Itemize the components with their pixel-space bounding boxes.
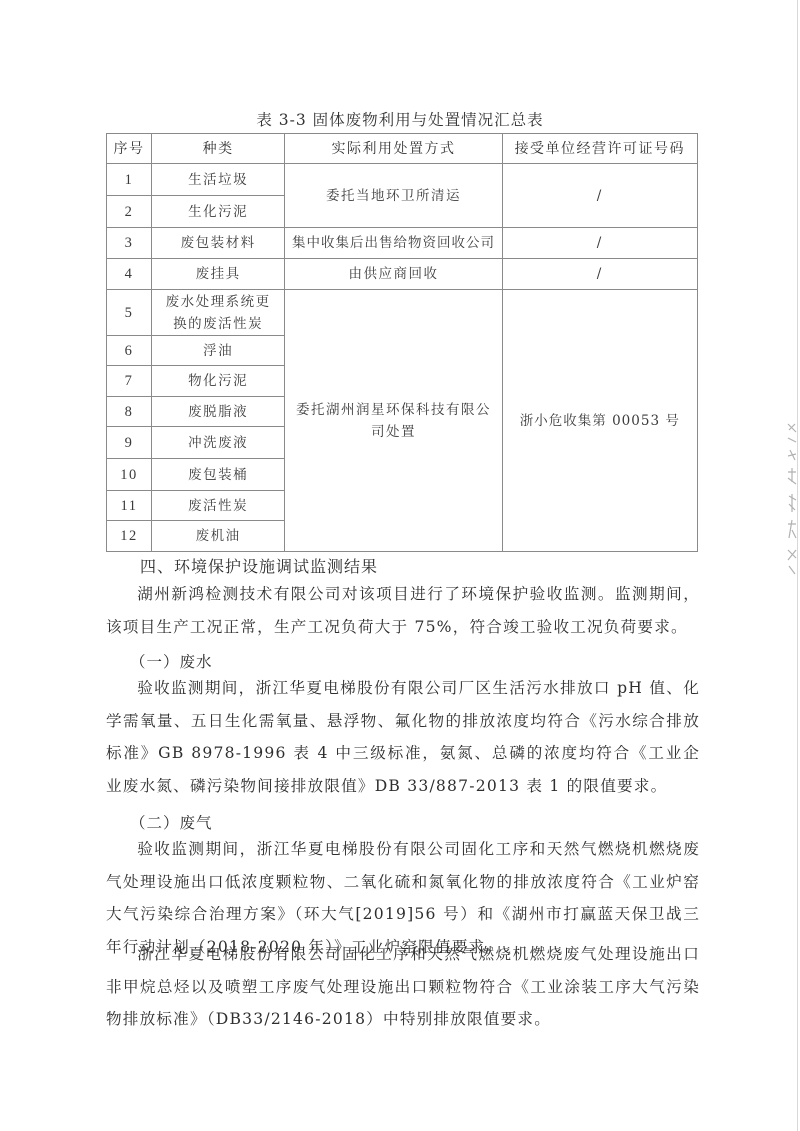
section-heading: 四、环境保护设施调试监测结果 bbox=[140, 554, 378, 577]
cell-type: 废脱脂液 bbox=[152, 397, 285, 427]
cell-no: 9 bbox=[107, 427, 152, 459]
cell-type: 物化污泥 bbox=[152, 366, 285, 397]
cell-no: 5 bbox=[107, 290, 152, 336]
table-caption: 表 3-3 固体废物利用与处置情况汇总表 bbox=[0, 108, 800, 130]
cell-no: 3 bbox=[107, 228, 152, 259]
cell-method: 由供应商回收 bbox=[285, 259, 502, 290]
cell-method: 委托湖州润星环保科技有限公司处置 bbox=[285, 290, 502, 552]
cell-type: 浮油 bbox=[152, 336, 285, 366]
table-row: 1 生活垃圾 委托当地环卫所清运 / bbox=[107, 164, 698, 196]
cell-no: 11 bbox=[107, 491, 152, 521]
cell-license: / bbox=[502, 259, 697, 290]
cell-type: 废包装材料 bbox=[152, 228, 285, 259]
cell-no: 7 bbox=[107, 366, 152, 397]
subsection-heading-wastewater: （一）废水 bbox=[130, 650, 213, 672]
cell-type: 冲洗废液 bbox=[152, 427, 285, 459]
table-row: 3 废包装材料 集中收集后出售给物资回收公司 / bbox=[107, 228, 698, 259]
wastewater-paragraph: 验收监测期间，浙江华夏电梯股份有限公司厂区生活污水排放口 pH 值、化学需氧量、… bbox=[106, 672, 700, 802]
subsection-heading-exhaust: （二）废气 bbox=[130, 811, 213, 833]
solid-waste-table: 序号 种类 实际利用处置方式 接受单位经营许可证号码 1 生活垃圾 委托当地环卫… bbox=[106, 133, 698, 552]
cell-method: 委托当地环卫所清运 bbox=[285, 164, 502, 228]
cell-no: 8 bbox=[107, 397, 152, 427]
cell-type: 废挂具 bbox=[152, 259, 285, 290]
cell-method: 集中收集后出售给物资回收公司 bbox=[285, 228, 502, 259]
header-type: 种类 bbox=[152, 134, 285, 164]
cell-type: 废机油 bbox=[152, 521, 285, 552]
header-license: 接受单位经营许可证号码 bbox=[502, 134, 697, 164]
cell-type: 废活性炭 bbox=[152, 491, 285, 521]
cell-no: 1 bbox=[107, 164, 152, 196]
cell-type: 生活垃圾 bbox=[152, 164, 285, 196]
table-row: 5 废水处理系统更换的废活性炭 委托湖州润星环保科技有限公司处置 浙小危收集第 … bbox=[107, 290, 698, 336]
cell-license: 浙小危收集第 00053 号 bbox=[502, 290, 697, 552]
header-no: 序号 bbox=[107, 134, 152, 164]
intro-paragraph: 湖州新鸿检测技术有限公司对该项目进行了环境保护验收监测。监测期间，该项目生产工况… bbox=[106, 578, 700, 643]
cell-no: 4 bbox=[107, 259, 152, 290]
cell-no: 2 bbox=[107, 196, 152, 228]
exhaust-paragraph-2: 浙江华夏电梯股份有限公司固化工序和天然气燃烧机燃烧废气处理设施出口非甲烷总烃以及… bbox=[106, 938, 700, 1036]
table-header-row: 序号 种类 实际利用处置方式 接受单位经营许可证号码 bbox=[107, 134, 698, 164]
cell-license: / bbox=[502, 228, 697, 259]
header-method: 实际利用处置方式 bbox=[285, 134, 502, 164]
cell-no: 6 bbox=[107, 336, 152, 366]
cell-no: 12 bbox=[107, 521, 152, 552]
cell-type: 废水处理系统更换的废活性炭 bbox=[152, 290, 285, 336]
cell-type: 生化污泥 bbox=[152, 196, 285, 228]
cell-type: 废包装桶 bbox=[152, 459, 285, 491]
table-row: 4 废挂具 由供应商回收 / bbox=[107, 259, 698, 290]
partial-seal-mark bbox=[785, 420, 799, 580]
cell-license: / bbox=[502, 164, 697, 228]
cell-no: 10 bbox=[107, 459, 152, 491]
